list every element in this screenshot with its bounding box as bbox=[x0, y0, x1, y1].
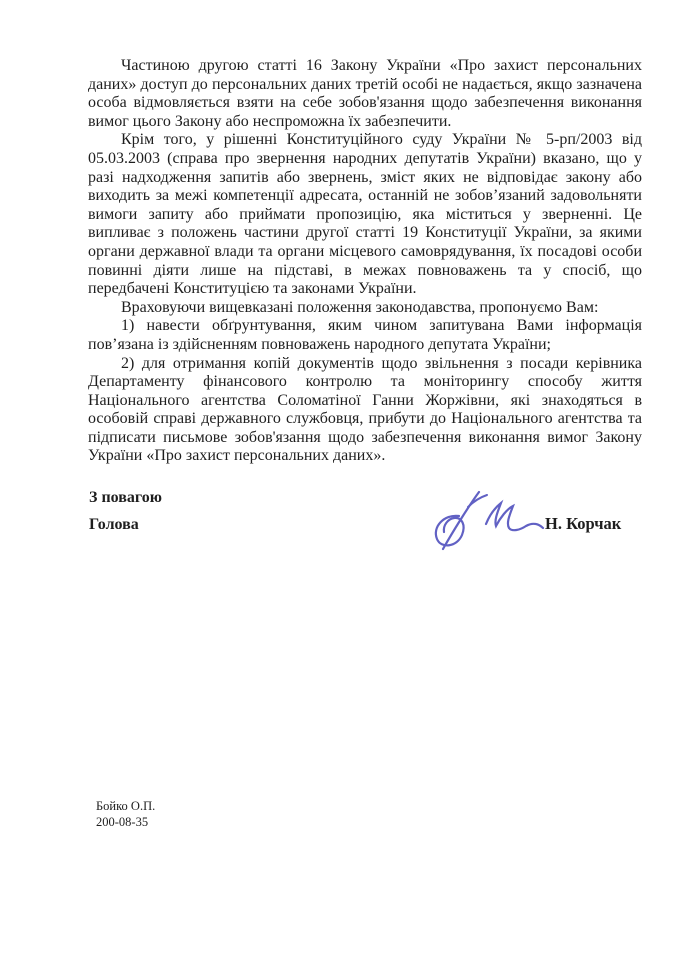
closing-salutation: З повагою bbox=[89, 489, 162, 507]
executor-name: Бойко О.П. bbox=[96, 799, 155, 815]
executor-phone: 200-08-35 bbox=[96, 815, 155, 831]
signature-image bbox=[426, 485, 548, 555]
paragraph-2: Крім того, у рішенні Конституційного суд… bbox=[88, 131, 642, 298]
paragraph-3: Враховуючи вищевказані положення законод… bbox=[88, 299, 642, 318]
signer-title: Голова bbox=[89, 516, 139, 534]
footer-block: Бойко О.П. 200-08-35 bbox=[96, 799, 155, 830]
signature-stroke-flourish bbox=[486, 503, 543, 530]
paragraph-list-item-1: 1) навести обґрунтування, яким чином зап… bbox=[88, 317, 642, 354]
paragraph-list-item-2: 2) для отримання копій документів щодо з… bbox=[88, 355, 642, 467]
signature-stroke-crossbar bbox=[468, 495, 487, 507]
letter-page: Частиною другою статті 16 Закону України… bbox=[0, 0, 679, 960]
signer-name: Н. Корчак bbox=[545, 514, 621, 534]
paragraph-1: Частиною другою статті 16 Закону України… bbox=[88, 57, 642, 131]
letter-body: Частиною другою статті 16 Закону України… bbox=[88, 57, 642, 466]
